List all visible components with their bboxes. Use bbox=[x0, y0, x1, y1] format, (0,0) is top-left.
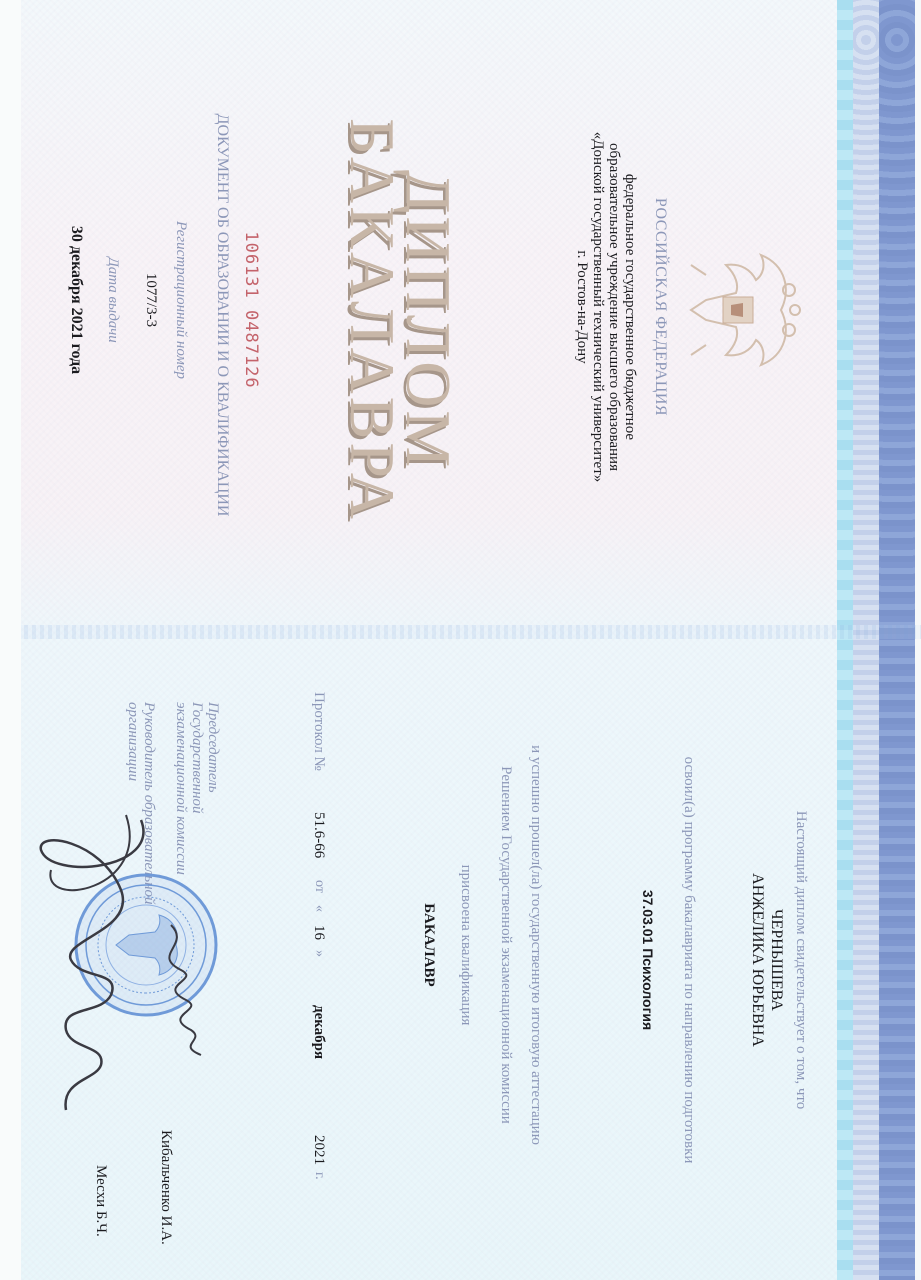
org-line-4: г. Ростов-на-Дону bbox=[573, 250, 590, 363]
diploma-subtitle: БАКАЛАВРА bbox=[335, 118, 409, 522]
protocol-month: декабря bbox=[310, 1005, 327, 1059]
org-line-3: «Донской государственный технический уни… bbox=[589, 132, 606, 483]
protocol-year: 2021 bbox=[310, 1135, 327, 1165]
org-line-2: образовательное учреждение высшего образ… bbox=[605, 143, 622, 471]
protocol-from-label: от bbox=[311, 880, 327, 893]
student-given-names: АНЖЕЛИКА ЮРЬЕВНА bbox=[748, 873, 766, 1047]
protocol-label: Протокол № bbox=[310, 692, 327, 771]
issue-date-label: Дата выдачи bbox=[104, 257, 121, 343]
quote-close: » bbox=[311, 950, 327, 957]
protocol-year-suffix: г. bbox=[311, 1172, 327, 1180]
intro-text: Настоящий диплом свидетельствует о том, … bbox=[792, 811, 809, 1109]
registration-label: Регистрационный номер bbox=[172, 221, 189, 379]
program-text: освоил(а) программу бакалавриата по напр… bbox=[680, 757, 697, 1164]
issue-date: 30 декабря 2021 года bbox=[67, 226, 85, 374]
head-name: Месхи Б.Ч. bbox=[92, 1165, 109, 1237]
page-fold bbox=[0, 625, 921, 639]
quote-open: « bbox=[311, 905, 327, 912]
protocol-number: 51.6-66 bbox=[310, 812, 327, 858]
chairman-label-2: Государственной bbox=[188, 702, 205, 814]
protocol-day: 16 bbox=[310, 925, 327, 940]
decision-text: Решением Государственной экзаменационной… bbox=[497, 766, 514, 1124]
program-name: 37.03.01 Психология bbox=[640, 890, 656, 1030]
document-type: ДОКУМЕНТ ОБ ОБРАЗОВАНИИ И О КВАЛИФИКАЦИИ bbox=[213, 114, 231, 517]
chairman-name: Кибальченко И.А. bbox=[157, 1130, 174, 1245]
security-stripe-dark bbox=[879, 0, 915, 1280]
diploma-document: РОССИЙСКАЯ ФЕДЕРАЦИЯ федеральное государ… bbox=[0, 0, 921, 1280]
signature-head-icon bbox=[31, 810, 161, 1130]
attestation-text: и успешно прошел(ла) государственную ито… bbox=[527, 745, 544, 1145]
serial-number: 106131 0487126 bbox=[241, 231, 261, 388]
russian-coat-of-arms-icon bbox=[681, 245, 801, 375]
registration-number: 1077/3-3 bbox=[142, 273, 159, 327]
chairman-label-1: Председатель bbox=[204, 702, 221, 793]
qualification: БАКАЛАВР bbox=[420, 903, 437, 986]
country-name: РОССИЙСКАЯ ФЕДЕРАЦИЯ bbox=[651, 198, 669, 416]
student-surname: ЧЕРНЫШЕВА bbox=[767, 909, 785, 1011]
head-label-2: организации bbox=[124, 702, 141, 781]
security-stripe-light bbox=[853, 0, 879, 1280]
edge bbox=[915, 0, 921, 1280]
security-stripe-cyan bbox=[837, 0, 853, 1280]
org-line-1: федеральное государственное бюджетное bbox=[621, 174, 638, 440]
scan-margin bbox=[0, 0, 21, 1280]
chairman-label-3: экзаменационной комиссии bbox=[172, 702, 189, 875]
qualification-label: присвоена квалификация bbox=[457, 865, 474, 1026]
